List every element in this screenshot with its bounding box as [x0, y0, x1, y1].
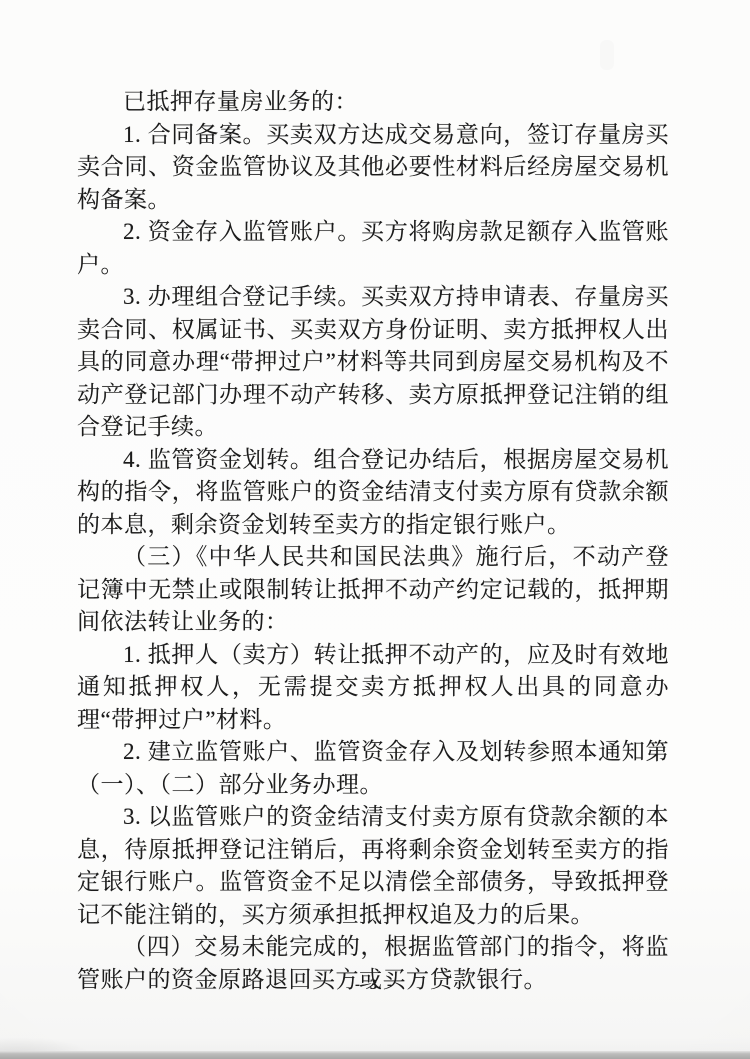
- scanned-page-background: 已抵押存量房业务的： 1. 合同备案。买卖双方达成交易意向，签订存量房买卖合同、…: [0, 0, 750, 1059]
- paragraph: 2. 建立监管账户、监管资金存入及划转参照本通知第（一）、（二）部分业务办理。: [77, 736, 669, 801]
- paragraph: 3. 办理组合登记手续。买卖双方持申请表、存量房买卖合同、权属证书、买卖双方身份…: [77, 281, 669, 444]
- document-body: 已抵押存量房业务的： 1. 合同备案。买卖双方达成交易意向，签订存量房买卖合同、…: [77, 86, 669, 996]
- paragraph: 4. 监管资金划转。组合登记办结后，根据房屋交易机构的指令，将监管账户的资金结清…: [77, 444, 669, 542]
- paragraph: 3. 以监管账户的资金结清支付卖方原有贷款余额的本息，待原抵押登记注销后，再将剩…: [77, 801, 669, 931]
- paragraph: （三）《中华人民共和国民法典》施行后，不动产登记簿中无禁止或限制转让抵押不动产约…: [77, 541, 669, 639]
- scan-artifact: [600, 40, 614, 70]
- page-number: - 3 -: [0, 977, 750, 994]
- paragraph: 1. 抵押人（卖方）转让抵押不动产的，应及时有效地通知抵押权人，无需提交卖方抵押…: [77, 639, 669, 737]
- paragraph: 2. 资金存入监管账户。买方将购房款足额存入监管账户。: [77, 216, 669, 281]
- scan-bottom-edge: [0, 1051, 750, 1059]
- paragraph: 已抵押存量房业务的：: [77, 86, 669, 119]
- paragraph: 1. 合同备案。买卖双方达成交易意向，签订存量房买卖合同、资金监管协议及其他必要…: [77, 119, 669, 217]
